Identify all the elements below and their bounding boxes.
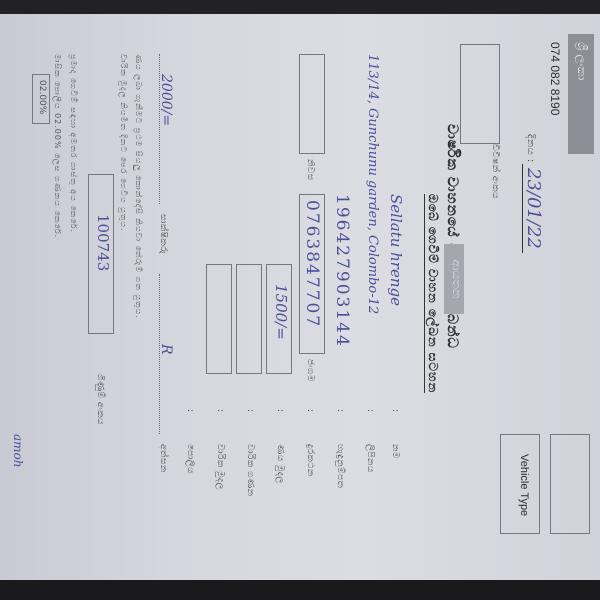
account-number-label: ගිණුම් අංකය bbox=[95, 374, 105, 425]
field-sublabel-home: නිවස bbox=[305, 159, 315, 181]
signature-label: අත්සන bbox=[158, 444, 168, 473]
phone-number: 074 082 8190 bbox=[548, 42, 562, 115]
field-sublabel-mobile: ජංගම bbox=[305, 359, 315, 382]
installment-amount-box bbox=[206, 264, 232, 374]
reference-number-box bbox=[460, 44, 500, 144]
title-stamp: ආයතන bbox=[444, 244, 464, 314]
terms-paragraph: ණය ලබා ගැනීමට ප්‍රථම සියලු කොන්දේසි කියව… bbox=[132, 54, 145, 494]
amount-value: 2000/= bbox=[158, 74, 174, 126]
signature-value: R bbox=[158, 344, 174, 355]
ref-label: ඩිවිෂන් අංකය bbox=[490, 144, 500, 199]
home-number-box bbox=[299, 54, 325, 154]
field-value-loan: 1500/= bbox=[272, 284, 290, 340]
company-logo: ශ්‍රී ලංකා bbox=[568, 34, 594, 154]
witness-label: සාක්ෂිකරු bbox=[158, 214, 168, 254]
field-value-address: 113/14, Gunchunu garden, Colombo-12 bbox=[365, 54, 380, 404]
photo-background-bottom bbox=[0, 580, 600, 600]
date-value: 23/01/22 bbox=[522, 164, 544, 253]
form-subtitle: ඔබේ ගෙවීම් වාහන ලේඛන සටහන bbox=[424, 194, 440, 393]
account-number-value: 100743 bbox=[94, 214, 112, 271]
footnote-2: මාසික පොලිය 02.00% ලෙස ගණනය කෙරේ. bbox=[51, 54, 64, 494]
date-label: දිනය : bbox=[525, 134, 536, 163]
vehicle-type-label: Vehicle Type bbox=[518, 454, 530, 516]
field-label-name: නම bbox=[390, 444, 400, 459]
field-label-installments: වාරික ගණන bbox=[245, 444, 255, 496]
field-label-loan: ණය මුදල bbox=[275, 444, 285, 484]
field-label-nic: හැඳුනුම්පත bbox=[335, 444, 345, 488]
rate-value: 02.00% bbox=[37, 80, 47, 114]
paper-sheet: ශ්‍රී ලංකා 074 082 8190 දිනය : 23/01/22 … bbox=[0, 14, 600, 580]
field-value-nic: 196427903144 bbox=[332, 194, 352, 348]
field-label-installment-amount: වාරික මුදල bbox=[215, 444, 225, 490]
field-label-address: ලිපිනය bbox=[365, 444, 375, 473]
bottom-scribble: amoh bbox=[11, 434, 25, 468]
terms-paragraph-2: වාරික මුදල නියමිත දිනට පෙර ගෙවිය යුතුය. bbox=[117, 54, 130, 494]
form-page: ශ්‍රී ලංකා 074 082 8190 දිනය : 23/01/22 … bbox=[0, 14, 600, 580]
form-title: වාර්ෂික වාහනයේ ගෙවීම් සම්බන්ධ bbox=[444, 124, 460, 349]
field-label-interest: පොලිය bbox=[185, 444, 195, 474]
field-value-name: Sellatu hrenge bbox=[387, 194, 405, 404]
field-value-mobile: 0763847707 bbox=[302, 200, 322, 328]
installments-box bbox=[236, 264, 262, 374]
vehicle-type-box-top bbox=[550, 434, 590, 534]
footnote-1: ප්‍රමාද ගෙවීම් සඳහා අමතර ගාස්තු අය කෙරේ. bbox=[67, 54, 80, 494]
field-label-phone: දුරකථන bbox=[305, 444, 315, 477]
